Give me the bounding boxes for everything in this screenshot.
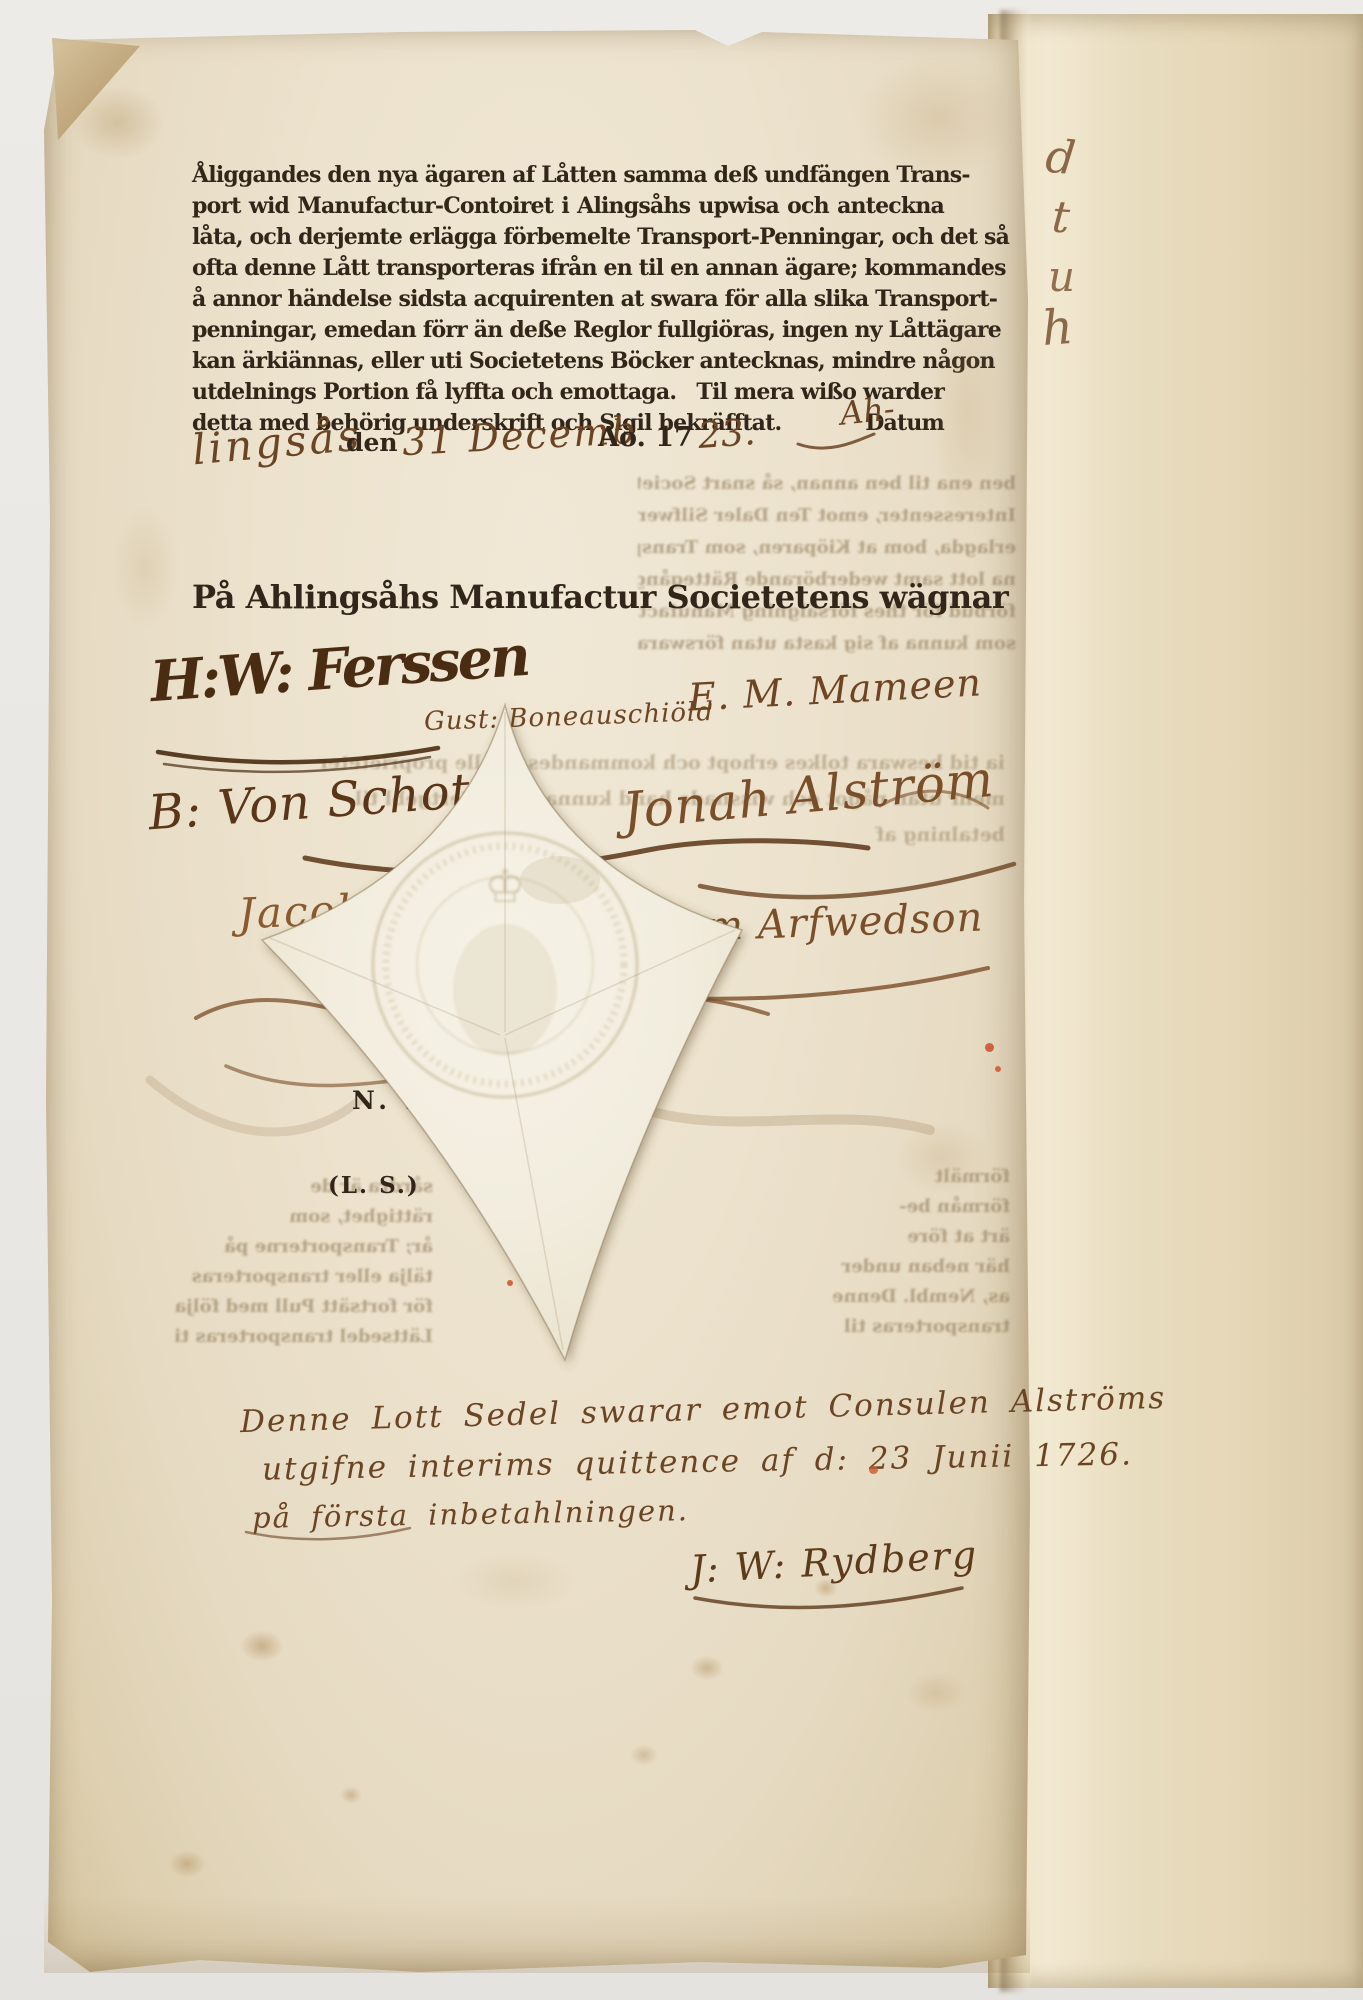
photograph-background: d t u h ben ena til ben annan, så snart … [0, 0, 1363, 2000]
ghost-line: rättighet, som [175, 1202, 433, 1232]
paragraph-line-8-right: Til mera wißo warder [696, 379, 944, 405]
ghost-line: för fortsätt Pull med följan [175, 1292, 433, 1322]
paragraph-line-7: kan ärkiännas, eller uti Societetens Böc… [192, 348, 944, 379]
paragraph-line-2: port wid Manufactur-Contoiret i Alingsåh… [192, 193, 944, 224]
paragraph-line-5: å annor händelse sidsta acquirenten at s… [192, 286, 944, 317]
page2-handwriting-fragment-4: h [1040, 299, 1075, 357]
ghost-line: förmån be- [762, 1192, 1010, 1222]
ghost-line: Interessenter, emot Ten Daler Silfwermyn… [638, 500, 1016, 532]
ghost-line: Lättsedel transporteras til [175, 1322, 433, 1352]
ghost-line: ben ena til ben annan, så snart Societet… [638, 468, 1016, 500]
ghost-line: erlagda, bom at Kiöparen, som Transporte… [638, 532, 1016, 564]
nn-placeholder: N. N. [352, 1086, 446, 1115]
date-den-print: den [346, 428, 398, 457]
ghost-line: förmält [762, 1162, 1010, 1192]
ghost-line: här neban under [762, 1252, 1010, 1282]
ghost-line: tälja eller transporteras [175, 1262, 433, 1292]
paragraph-line-4: ofta denne Lått transporteras ifrån en t… [192, 255, 944, 286]
ghost-line: ärt at före [762, 1222, 1010, 1252]
page-heading: På Ahlingsåhs Manufactur Societetens wäg… [192, 578, 944, 616]
paragraph-line-8-left: utdelnings Portion få lyffta och emottag… [192, 379, 676, 405]
page2-handwriting-fragment-2: t [1050, 191, 1071, 243]
ghost-text-block-d: förmält förmån be- ärt at före här neban… [762, 1162, 1010, 1342]
bottom-edge-shading [44, 1895, 1030, 1973]
ls-placeholder: (L. S.) [328, 1172, 420, 1199]
date-ao-print: Ao. 17 [598, 422, 693, 453]
handwritten-date-line: lingsås den 31 Decemb Ao. 17 23. [190, 412, 950, 470]
page2-handwriting-fragment-3: u [1048, 252, 1075, 301]
date-year-hand: 23. [697, 412, 757, 457]
ghost-line: as, Nembl. Denne [762, 1282, 1010, 1312]
ghost-line: som kunna af sig kasta utan förswarande … [638, 628, 1016, 660]
page2-handwriting-fragment-1: d [1043, 129, 1078, 186]
paragraph-line-1: Åliggandes den nya ägaren af Låtten samm… [192, 162, 944, 193]
ghost-text-block-c: sårdra är de rättighet, som år; Transpor… [175, 1172, 433, 1352]
paragraph-line-3: låta, och derjemte erlägga förbemelte Tr… [192, 224, 944, 255]
signature-6: Jacob Bolaes [237, 879, 534, 938]
printed-paragraph: Åliggandes den nya ägaren af Låtten samm… [192, 162, 944, 441]
ghost-text-block-a: ben ena til ben annan, så snart Societet… [638, 468, 1016, 660]
ghost-line: år; Transporterne på [175, 1232, 433, 1262]
date-place-hand: lingsås [190, 411, 364, 475]
ghost-line: transporteras til [762, 1312, 1010, 1342]
paragraph-line-8: utdelnings Portion få lyffta och emottag… [192, 379, 944, 410]
paragraph-line-6: penningar, emedan förr än deße Reglor fu… [192, 317, 944, 348]
